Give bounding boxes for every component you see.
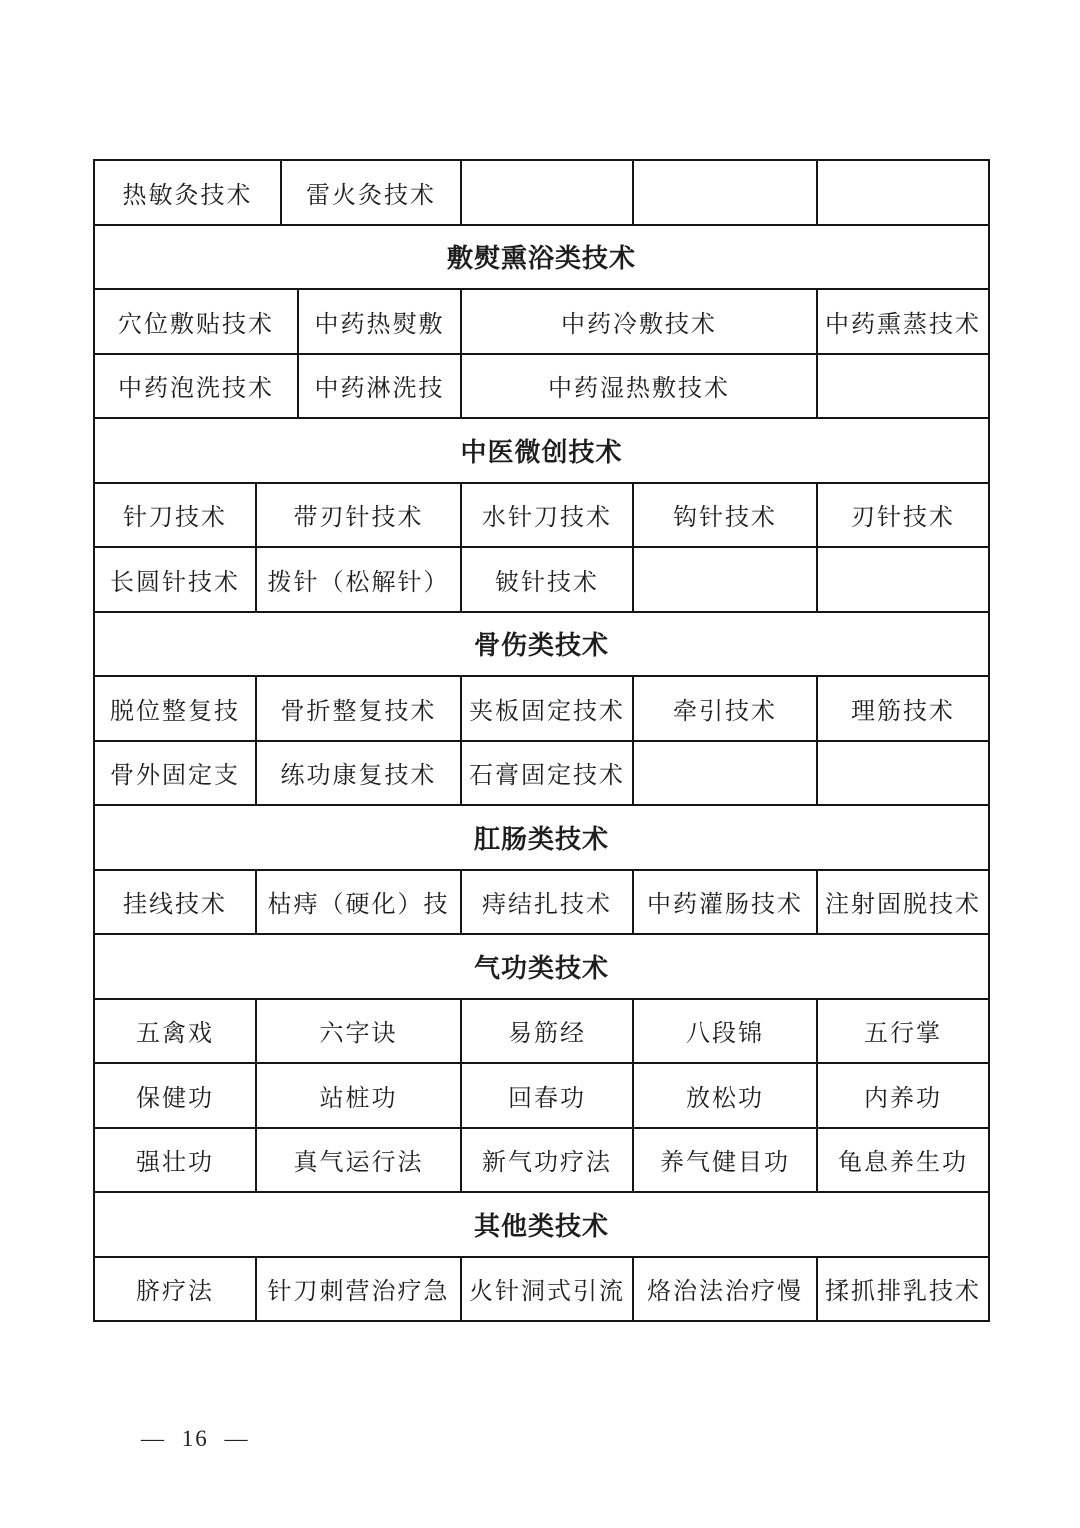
table-cell: 牵引技术	[633, 676, 817, 741]
section-header-cell: 其他类技术	[94, 1192, 989, 1257]
table-cell: 热敏灸技术	[94, 160, 281, 225]
table-row: 强壮功 真气运行法 新气功疗法 养气健目功 龟息养生功	[94, 1128, 989, 1193]
table-row: 保健功 站桩功 回春功 放松功 内养功	[94, 1063, 989, 1128]
table-cell: 长圆针技术	[94, 547, 256, 612]
table-cell: 带刃针技术	[256, 483, 461, 548]
page-footer: — 16 —	[141, 1426, 250, 1452]
table-cell: 练功康复技术	[256, 741, 461, 806]
table-cell: 六字诀	[256, 999, 461, 1064]
table-row: 穴位敷贴技术 中药热熨敷 中药冷敷技术 中药熏蒸技术	[94, 289, 989, 354]
table-cell: 中药淋洗技	[298, 354, 461, 419]
table-cell: 雷火灸技术	[281, 160, 461, 225]
table-cell: 火针洞式引流	[461, 1257, 633, 1322]
table-cell: 枯痔（硬化）技	[256, 870, 461, 935]
table-cell: 脐疗法	[94, 1257, 256, 1322]
table-cell	[817, 160, 989, 225]
table-cell: 龟息养生功	[817, 1128, 989, 1193]
table-cell: 穴位敷贴技术	[94, 289, 298, 354]
table-cell: 中药热熨敷	[298, 289, 461, 354]
table-cell: 针刀刺营治疗急	[256, 1257, 461, 1322]
table-cell: 真气运行法	[256, 1128, 461, 1193]
section-header-cell: 骨伤类技术	[94, 612, 989, 677]
table-cell: 脱位整复技	[94, 676, 256, 741]
table-cell	[817, 354, 989, 419]
table-cell: 易筋经	[461, 999, 633, 1064]
table-row: 骨外固定支 练功康复技术 石膏固定技术	[94, 741, 989, 806]
table-cell: 五禽戏	[94, 999, 256, 1064]
table-cell: 理筋技术	[817, 676, 989, 741]
table-cell: 养气健目功	[633, 1128, 817, 1193]
table-cell: 五行掌	[817, 999, 989, 1064]
table-row: 中药泡洗技术 中药淋洗技 中药湿热敷技术	[94, 354, 989, 419]
section-header-cell: 敷熨熏浴类技术	[94, 225, 989, 290]
table-row: 热敏灸技术 雷火灸技术	[94, 160, 989, 225]
table-row: 脱位整复技 骨折整复技术 夹板固定技术 牵引技术 理筋技术	[94, 676, 989, 741]
document-page: 热敏灸技术 雷火灸技术 敷熨熏浴类技术 穴位敷贴技术 中药热熨敷 中药冷敷技术 …	[0, 0, 1080, 1528]
table-row: 长圆针技术 拨针（松解针） 铍针技术	[94, 547, 989, 612]
table-cell: 针刀技术	[94, 483, 256, 548]
table-cell: 中药泡洗技术	[94, 354, 298, 419]
table-row: 气功类技术	[94, 934, 989, 999]
table-cell: 注射固脱技术	[817, 870, 989, 935]
techniques-table: 热敏灸技术 雷火灸技术 敷熨熏浴类技术 穴位敷贴技术 中药热熨敷 中药冷敷技术 …	[93, 159, 990, 1322]
table-cell: 放松功	[633, 1063, 817, 1128]
table-cell: 骨外固定支	[94, 741, 256, 806]
table-cell	[817, 547, 989, 612]
page-number: — 16 —	[141, 1426, 250, 1451]
table-cell: 中药冷敷技术	[461, 289, 817, 354]
table-cell: 水针刀技术	[461, 483, 633, 548]
table-cell: 中药灌肠技术	[633, 870, 817, 935]
table-cell: 内养功	[817, 1063, 989, 1128]
table-cell: 揉抓排乳技术	[817, 1257, 989, 1322]
table-cell	[817, 741, 989, 806]
table-cell: 回春功	[461, 1063, 633, 1128]
table-cell: 刃针技术	[817, 483, 989, 548]
table-cell	[461, 160, 633, 225]
table-cell: 拨针（松解针）	[256, 547, 461, 612]
table-cell: 八段锦	[633, 999, 817, 1064]
table-row: 骨伤类技术	[94, 612, 989, 677]
table-cell: 痔结扎技术	[461, 870, 633, 935]
table-cell	[633, 547, 817, 612]
table-row: 针刀技术 带刃针技术 水针刀技术 钩针技术 刃针技术	[94, 483, 989, 548]
table-cell: 站桩功	[256, 1063, 461, 1128]
table-cell: 新气功疗法	[461, 1128, 633, 1193]
table-cell: 中药熏蒸技术	[817, 289, 989, 354]
table-cell: 挂线技术	[94, 870, 256, 935]
section-header-cell: 肛肠类技术	[94, 805, 989, 870]
table-row: 脐疗法 针刀刺营治疗急 火针洞式引流 烙治法治疗慢 揉抓排乳技术	[94, 1257, 989, 1322]
table-cell: 保健功	[94, 1063, 256, 1128]
table-cell: 石膏固定技术	[461, 741, 633, 806]
table-cell: 钩针技术	[633, 483, 817, 548]
table-row: 肛肠类技术	[94, 805, 989, 870]
table-row: 敷熨熏浴类技术	[94, 225, 989, 290]
table-cell	[633, 160, 817, 225]
table-row: 五禽戏 六字诀 易筋经 八段锦 五行掌	[94, 999, 989, 1064]
section-header-cell: 气功类技术	[94, 934, 989, 999]
table-cell: 中药湿热敷技术	[461, 354, 817, 419]
table-cell: 夹板固定技术	[461, 676, 633, 741]
table-cell: 铍针技术	[461, 547, 633, 612]
section-header-cell: 中医微创技术	[94, 418, 989, 483]
table-row: 其他类技术	[94, 1192, 989, 1257]
table-cell	[633, 741, 817, 806]
table-cell: 骨折整复技术	[256, 676, 461, 741]
table-cell: 强壮功	[94, 1128, 256, 1193]
table-row: 挂线技术 枯痔（硬化）技 痔结扎技术 中药灌肠技术 注射固脱技术	[94, 870, 989, 935]
table-row: 中医微创技术	[94, 418, 989, 483]
table-cell: 烙治法治疗慢	[633, 1257, 817, 1322]
